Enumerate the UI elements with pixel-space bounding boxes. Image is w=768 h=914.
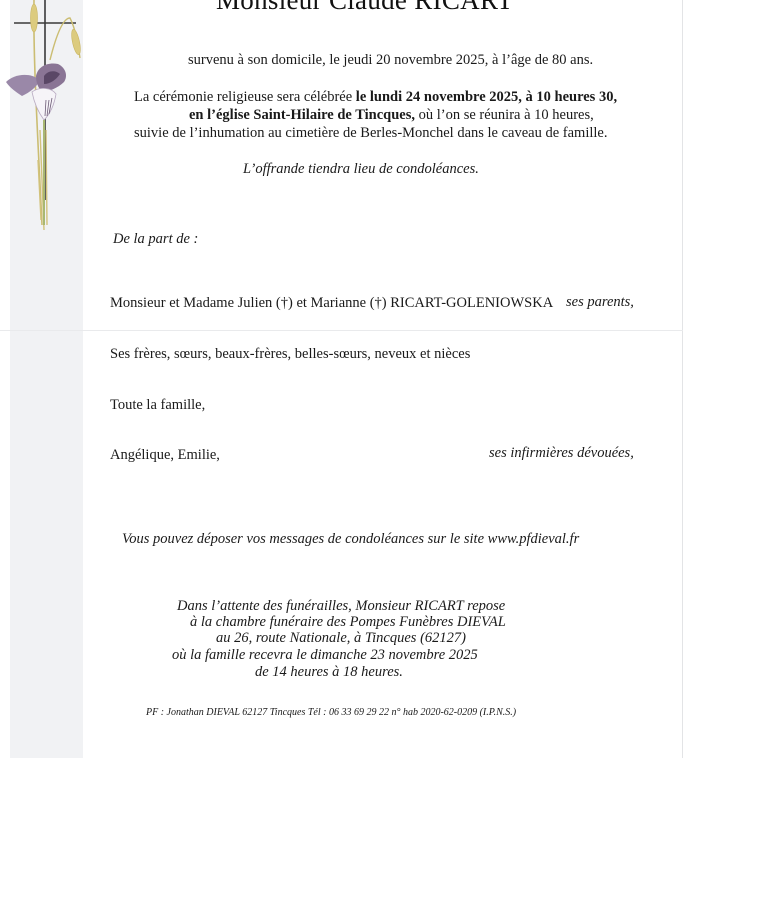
ceremony-date-time: le lundi 24 novembre 2025, à 10 heures 3…: [356, 89, 617, 105]
family-row-whole-family: Toute la famille,: [110, 396, 205, 414]
viewing-line-4: où la famille recevra le dimanche 23 nov…: [172, 646, 478, 664]
family-row-nurses-name: Angélique, Emilie,: [110, 446, 220, 464]
family-row-nurses-relation: ses infirmières dévouées,: [489, 444, 634, 462]
viewing-line-3: au 26, route Nationale, à Tincques (6212…: [216, 629, 466, 647]
deceased-name-title: Monsieur Claude RICART: [216, 0, 513, 15]
offering-note: L’offrande tiendra lieu de condoléances.: [243, 160, 479, 178]
ceremony-line-1-prefix: La cérémonie religieuse sera célébrée: [134, 89, 356, 105]
funeral-home-footer: PF : Jonathan DIEVAL 62127 Tincques Tél …: [146, 704, 516, 722]
ceremony-line-1: La cérémonie religieuse sera célébrée le…: [134, 88, 617, 106]
family-row-siblings: Ses frères, sœurs, beaux-frères, belles-…: [110, 345, 470, 363]
condolences-website-note: Vous pouvez déposer vos messages de cond…: [122, 530, 579, 548]
family-heading: De la part de :: [113, 230, 198, 248]
ceremony-line-2: en l’église Saint-Hilaire de Tincques, o…: [189, 106, 594, 124]
ceremony-church: en l’église Saint-Hilaire de Tincques,: [189, 107, 415, 123]
viewing-line-5: de 14 heures à 18 heures.: [255, 663, 403, 681]
ceremony-line-3: suivie de l’inhumation au cimetière de B…: [134, 124, 608, 142]
death-notice-line: survenu à son domicile, le jeudi 20 nove…: [188, 51, 593, 69]
wheat-icon: [31, 0, 83, 230]
family-row-parents-name: Monsieur et Madame Julien (†) et Mariann…: [110, 294, 553, 312]
family-row-parents-relation: ses parents,: [566, 293, 634, 311]
right-margin-line: [682, 0, 683, 758]
decorative-strip: [10, 0, 83, 758]
scan-fold-line: [0, 330, 683, 331]
ceremony-gathering-time: où l’on se réunira à 10 heures,: [415, 107, 594, 123]
cross-wheat-lily-icon: [0, 0, 90, 240]
